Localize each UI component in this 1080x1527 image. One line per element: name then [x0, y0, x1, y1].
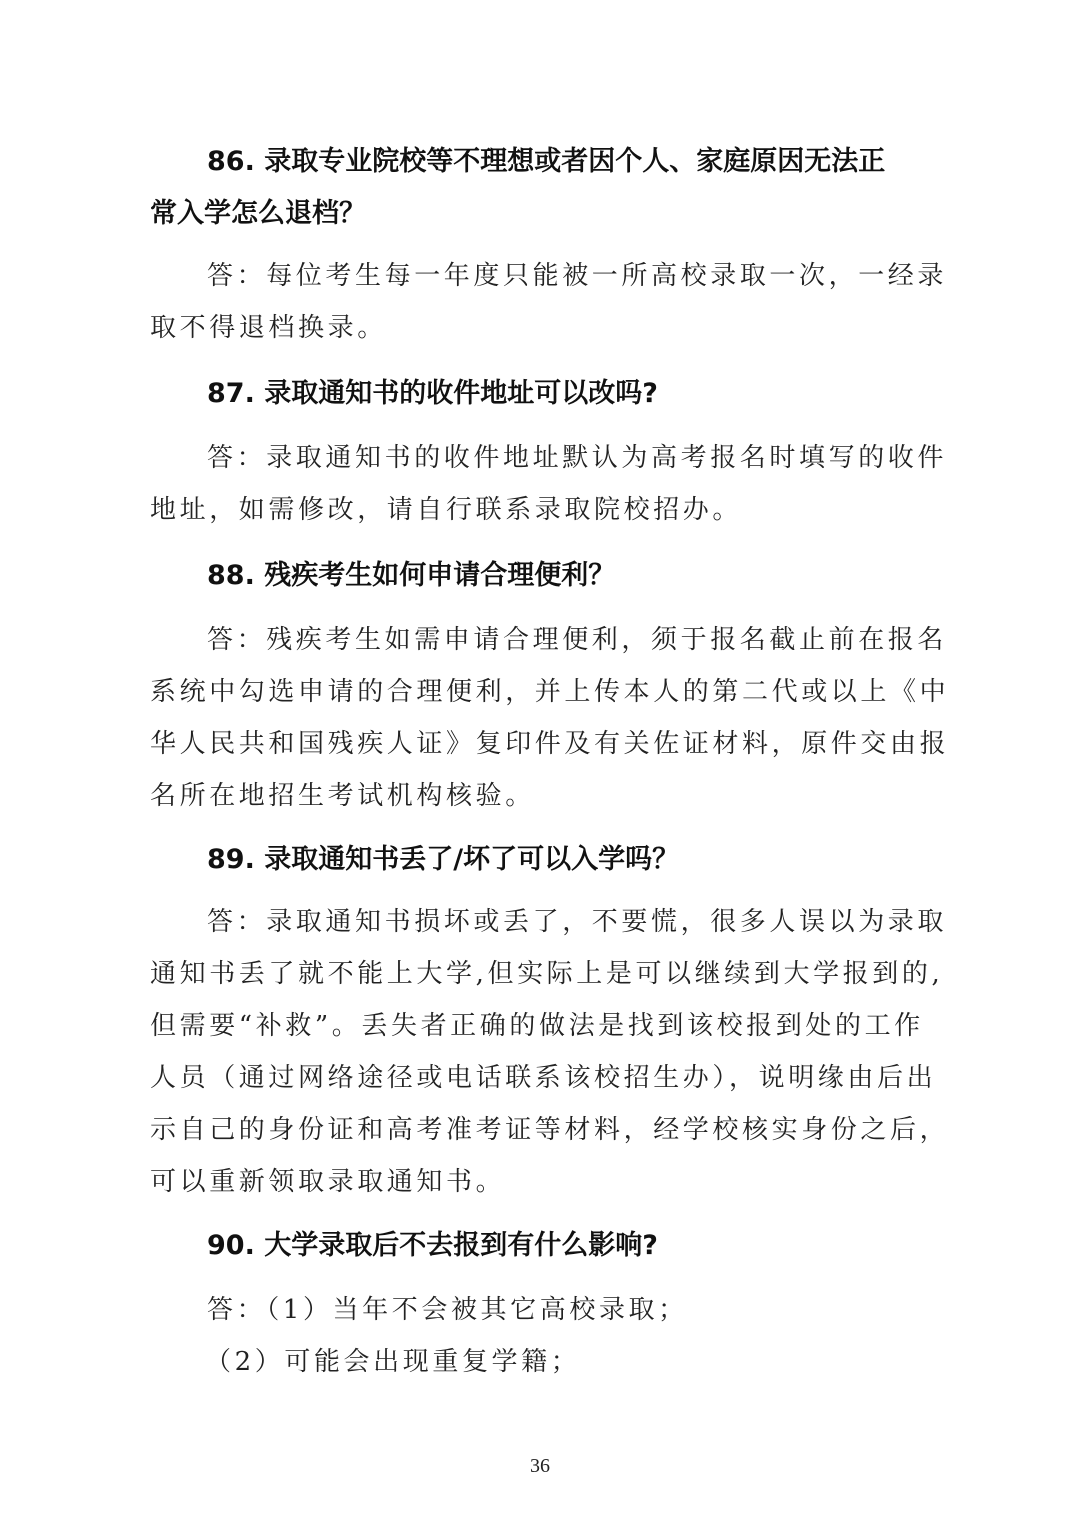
- answer-87-line-1: 答：录取通知书的收件地址默认为高考报名时填写的收件: [207, 441, 989, 475]
- answer-88-line-1: 答：残疾考生如需申请合理便利，须于报名截止前在报名: [207, 623, 989, 657]
- question-86-line-1: 86. 录取专业院校等不理想或者因个人、家庭原因无法正: [207, 145, 989, 179]
- answer-89-line-6: 可以重新领取录取通知书。: [150, 1165, 932, 1199]
- question-90: 90. 大学录取后不去报到有什么影响?: [207, 1229, 989, 1263]
- answer-90-line-1: 答：（1）当年不会被其它高校录取；: [207, 1293, 989, 1327]
- answer-86-line-2: 取不得退档换录。: [150, 311, 932, 345]
- answer-89-line-1: 答：录取通知书损坏或丢了，不要慌，很多人误以为录取: [207, 905, 989, 939]
- answer-87-line-2: 地址，如需修改，请自行联系录取院校招办。: [150, 493, 932, 527]
- answer-88-line-2: 系统中勾选申请的合理便利，并上传本人的第二代或以上《中: [150, 675, 932, 709]
- question-87: 87. 录取通知书的收件地址可以改吗?: [207, 377, 989, 411]
- answer-89-line-3: 但需要“补救”。丢失者正确的做法是找到该校报到处的工作: [150, 1009, 932, 1043]
- answer-89-line-2: 通知书丢了就不能上大学,但实际上是可以继续到大学报到的,: [150, 957, 932, 991]
- answer-89-line-4: 人员（通过网络途径或电话联系该校招生办），说明缘由后出: [150, 1061, 932, 1095]
- page-number: 36: [0, 1455, 1080, 1478]
- answer-90-line-2: （2）可能会出现重复学籍；: [205, 1345, 987, 1379]
- answer-88-line-4: 名所在地招生考试机构核验。: [150, 779, 932, 813]
- question-89: 89. 录取通知书丢了/坏了可以入学吗？: [207, 843, 989, 877]
- answer-88-line-3: 华人民共和国残疾人证》复印件及有关佐证材料，原件交由报: [150, 727, 932, 761]
- answer-89-line-5: 示自己的身份证和高考准考证等材料，经学校核实身份之后，: [150, 1113, 932, 1147]
- question-88: 88. 残疾考生如何申请合理便利？: [207, 559, 989, 593]
- question-86-line-2: 常入学怎么退档？: [150, 197, 932, 231]
- answer-86-line-1: 答：每位考生每一年度只能被一所高校录取一次，一经录: [207, 259, 989, 293]
- document-page: 86. 录取专业院校等不理想或者因个人、家庭原因无法正 常入学怎么退档？ 答：每…: [0, 0, 1080, 1527]
